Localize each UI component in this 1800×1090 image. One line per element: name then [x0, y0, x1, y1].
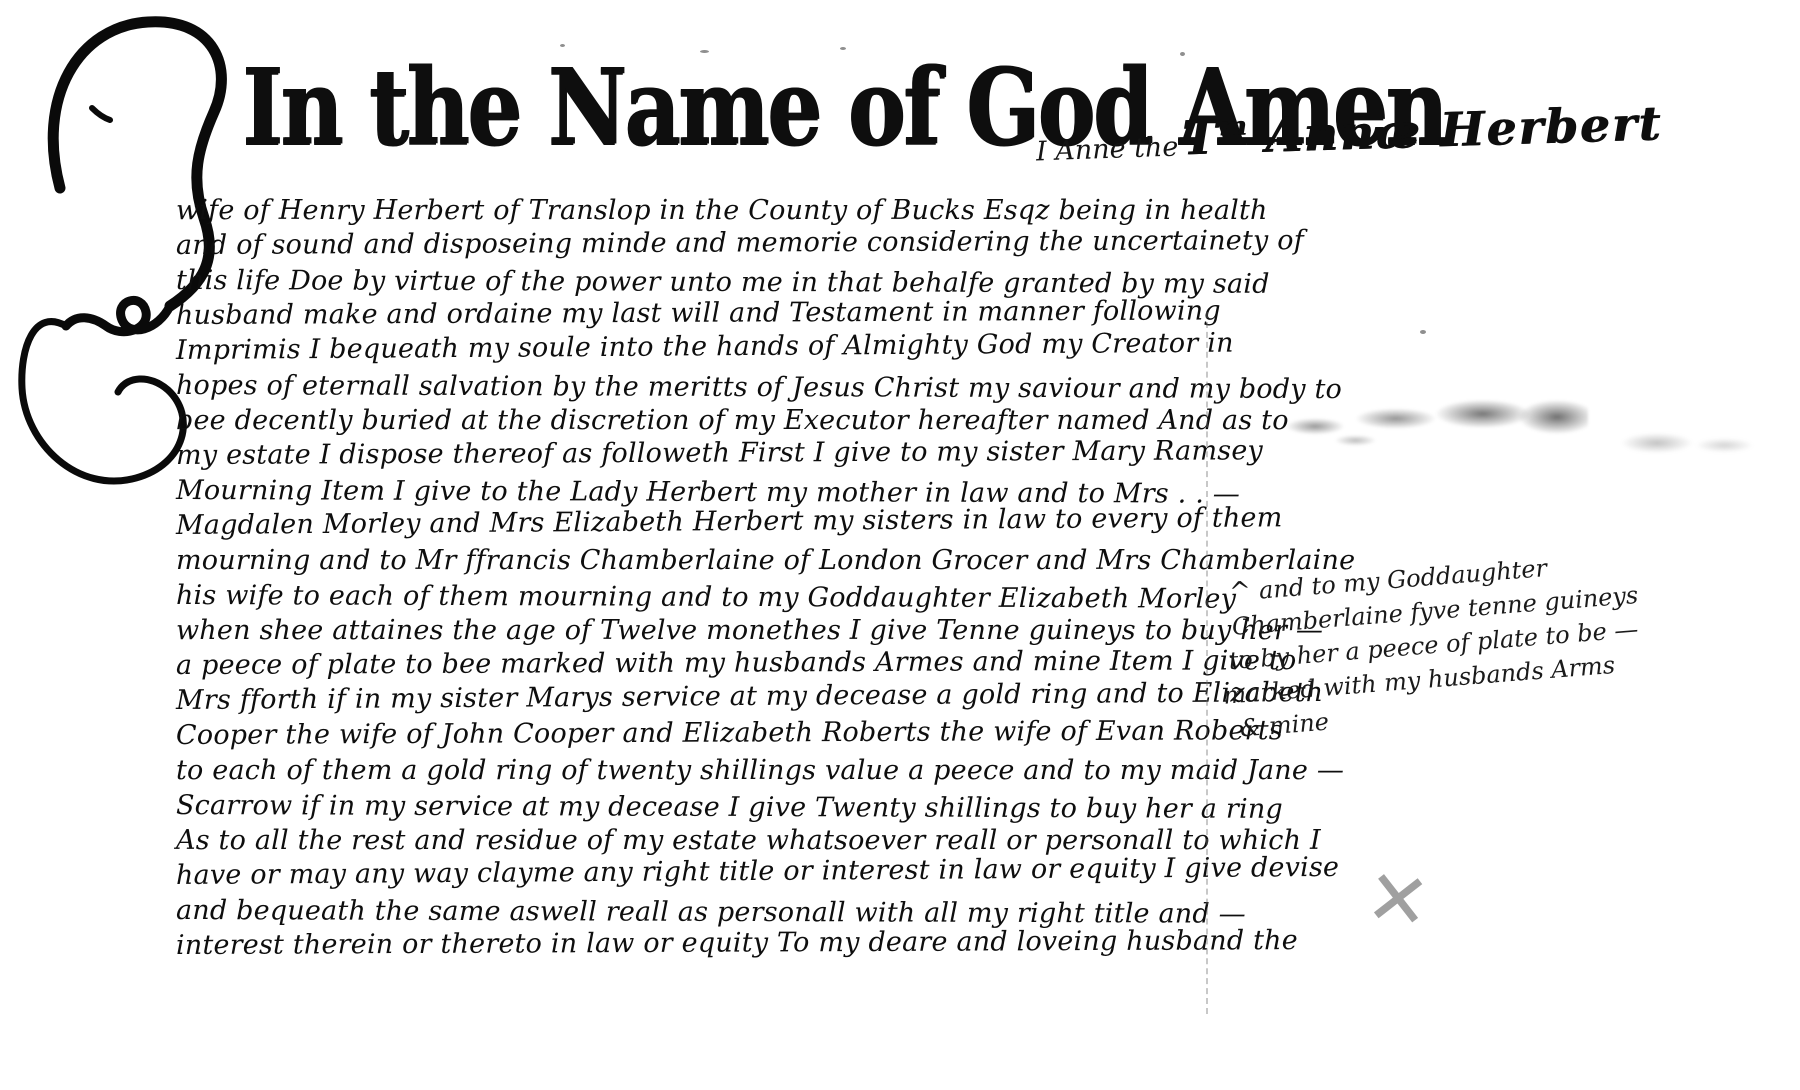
body-line: Cooper the wife of John Cooper and Eliza…: [176, 713, 1228, 753]
margin-insertion-note: ^and to my Goddaughter Chamberlaine fyve…: [1228, 545, 1640, 746]
body-line: to each of them a gold ring of twenty sh…: [176, 753, 1228, 788]
manuscript-will-scan: In the Name of God Amen I Anne the Tm An…: [0, 0, 1800, 1090]
heading-lead-in: I Anne the: [1036, 132, 1179, 168]
scan-speck: [1420, 330, 1426, 334]
body-line: interest therein or thereto in law or eq…: [176, 923, 1228, 963]
body-line: Magdalen Morley and Mrs Elizabeth Herber…: [176, 501, 1228, 543]
body-line: his wife to each of them mourning and to…: [176, 578, 1228, 617]
body-line: hopes of eternall salvation by the merit…: [176, 368, 1228, 407]
body-line: bee decently buried at the discretion of…: [176, 403, 1228, 438]
x-mark: ✕: [1362, 858, 1434, 941]
will-body-text: wife of Henry Herbert of Translop in the…: [176, 193, 1228, 963]
scan-speck: [700, 50, 709, 53]
margin-rule: [1206, 312, 1208, 1014]
caret-mark: ^: [1228, 576, 1252, 608]
body-line: my estate I dispose thereof as followeth…: [176, 433, 1228, 473]
scan-speck: [560, 44, 565, 47]
scan-speck: [1180, 52, 1185, 56]
docket-name: Annæ Herbert: [1264, 96, 1663, 163]
body-line: Mrs fforth if in my sister Marys service…: [176, 676, 1228, 718]
body-line: have or may any way clayme any right tit…: [176, 851, 1228, 893]
body-line: when shee attaines the age of Twelve mon…: [176, 613, 1228, 648]
docket-t: T: [1181, 110, 1220, 166]
body-line: wife of Henry Herbert of Translop in the…: [176, 193, 1228, 228]
body-line: and of sound and disposeing minde and me…: [176, 223, 1228, 263]
ink-smudge: [1278, 378, 1588, 456]
body-line: mourning and to Mr ffrancis Chamberlaine…: [176, 543, 1228, 578]
body-line: Scarrow if in my service at my decease I…: [176, 788, 1228, 827]
docket-superscript: m: [1218, 112, 1246, 143]
scan-speck: [840, 47, 846, 50]
ink-smudge-tail: [1612, 420, 1762, 466]
body-line: Imprimis I bequeath my soule into the ha…: [176, 326, 1228, 368]
